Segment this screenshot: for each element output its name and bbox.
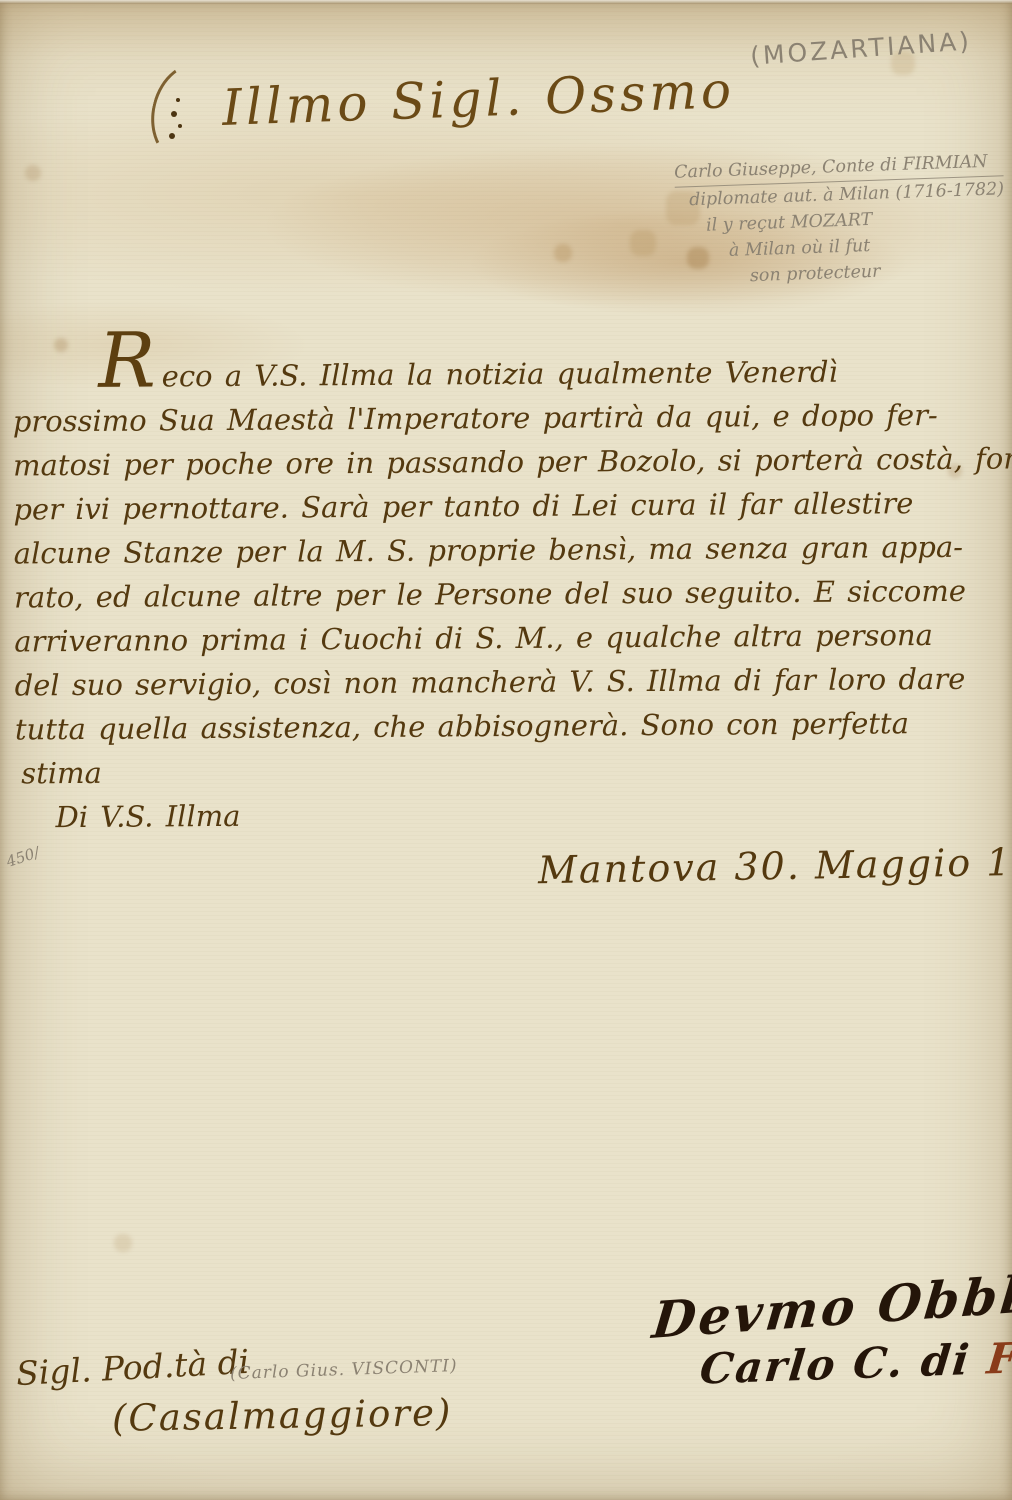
body-line-5: alcune Stanze per la M. S. proprie bensì… bbox=[14, 525, 1000, 576]
signature-surname: Firmian bbox=[985, 1327, 1012, 1383]
body-line-3: matosi per poche ore in passando per Boz… bbox=[13, 437, 999, 488]
body-line-stima: stima bbox=[15, 745, 1001, 796]
body-line-valediction: Di V.S. Illma bbox=[15, 789, 1001, 840]
body-line-7: arriveranno prima i Cuochi di S. M., e q… bbox=[14, 613, 1000, 664]
letter-body: Reco a V.S. Illma la notizia qualmente V… bbox=[12, 349, 1001, 840]
body-line-6: rato, ed alcune altre per le Persone del… bbox=[14, 569, 1000, 620]
pencil-note-firmian-block: Carlo Giuseppe, Conte di FIRMIAN diploma… bbox=[674, 148, 1007, 291]
body-line-8: del suo servigio, così non mancherà V. S… bbox=[14, 657, 1000, 708]
addressee-place: (Casalmaggiore) bbox=[112, 1391, 453, 1440]
signature-given-name: Carlo C. di bbox=[698, 1335, 974, 1394]
body-line-9: tutta quella assistenza, che abbisognerà… bbox=[15, 701, 1001, 752]
body-line-1: Reco a V.S. Illma la notizia qualmente V… bbox=[12, 349, 998, 400]
body-line-4: per ivi pernottare. Sarà per tanto di Le… bbox=[13, 481, 999, 532]
manuscript-letter-photo: (MOZARTIANA) Illmo Sigl. Ossmo Carlo Giu… bbox=[0, 0, 1012, 1500]
stain-spots bbox=[0, 0, 6, 6]
ink-dots bbox=[176, 98, 180, 102]
body-line-2: prossimo Sua Maestà l'Imperatore partirà… bbox=[13, 393, 999, 444]
